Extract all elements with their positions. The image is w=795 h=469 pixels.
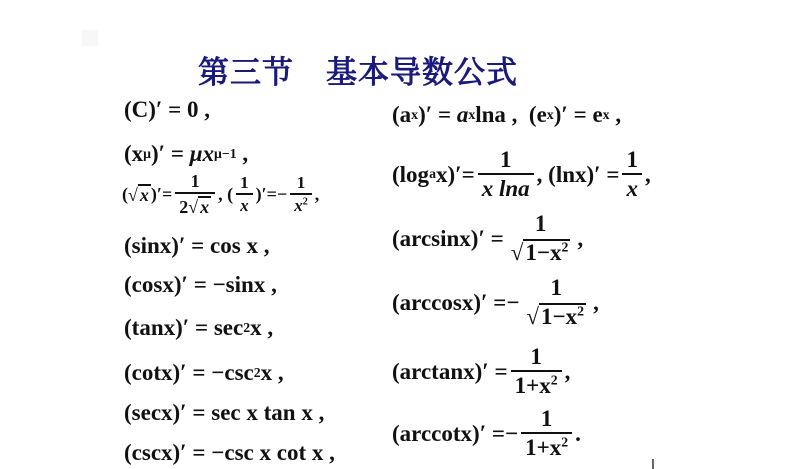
- formula-tan: (tanx)′ = sec2 x ,: [124, 316, 273, 339]
- formula-arctan: (arctanx)′ = 11+x2 ,: [392, 345, 570, 397]
- formula-cos: (cosx)′ = −sinx ,: [124, 273, 277, 296]
- cursor-mark: [652, 459, 654, 469]
- fraction: 1x: [622, 148, 642, 200]
- page-title: 第三节 基本导数公式: [198, 47, 518, 92]
- formula-sqrt-reciprocal: (√x)′ = 12√x , (1x)′ =− 1x2 ,: [122, 172, 319, 216]
- formula-power: (xμ)′ = μxμ−1 ,: [124, 142, 248, 165]
- formula-arccot: (arccotx)′ =− 11+x2 .: [392, 407, 581, 459]
- formula-logarithm: (loga x)′ = 1x lna , (lnx)′ = 1x ,: [392, 148, 651, 200]
- formula-csc: (cscx)′ = −csc x cot x ,: [124, 441, 335, 464]
- formula-arccos: (arccosx)′ =− 1√1−x2 ,: [392, 276, 599, 328]
- formula-constant: (C)′ = 0 ,: [124, 98, 210, 121]
- fraction: 11+x2: [521, 407, 572, 459]
- fraction: 12√x: [175, 172, 215, 216]
- watermark-mark: [82, 30, 98, 46]
- formula-exponential: (ax)′ = ax lna , (ex)′ = ex ,: [392, 103, 621, 126]
- fraction: 1x: [236, 174, 253, 214]
- fraction: 1x lna: [478, 148, 534, 200]
- formula-sin: (sinx)′ = cos x ,: [124, 234, 269, 257]
- fraction: 1x2: [290, 174, 312, 214]
- formula-cot: (cotx)′ = −csc2 x ,: [124, 361, 284, 384]
- fraction: 1√1−x2: [507, 212, 575, 264]
- formula-arcsin: (arcsinx)′ = 1√1−x2 ,: [392, 212, 583, 264]
- fraction: 1√1−x2: [522, 276, 590, 328]
- sqrt-sign: √x: [128, 184, 151, 204]
- fraction: 11+x2: [511, 345, 562, 397]
- formula-sec: (secx)′ = sec x tan x ,: [124, 401, 324, 424]
